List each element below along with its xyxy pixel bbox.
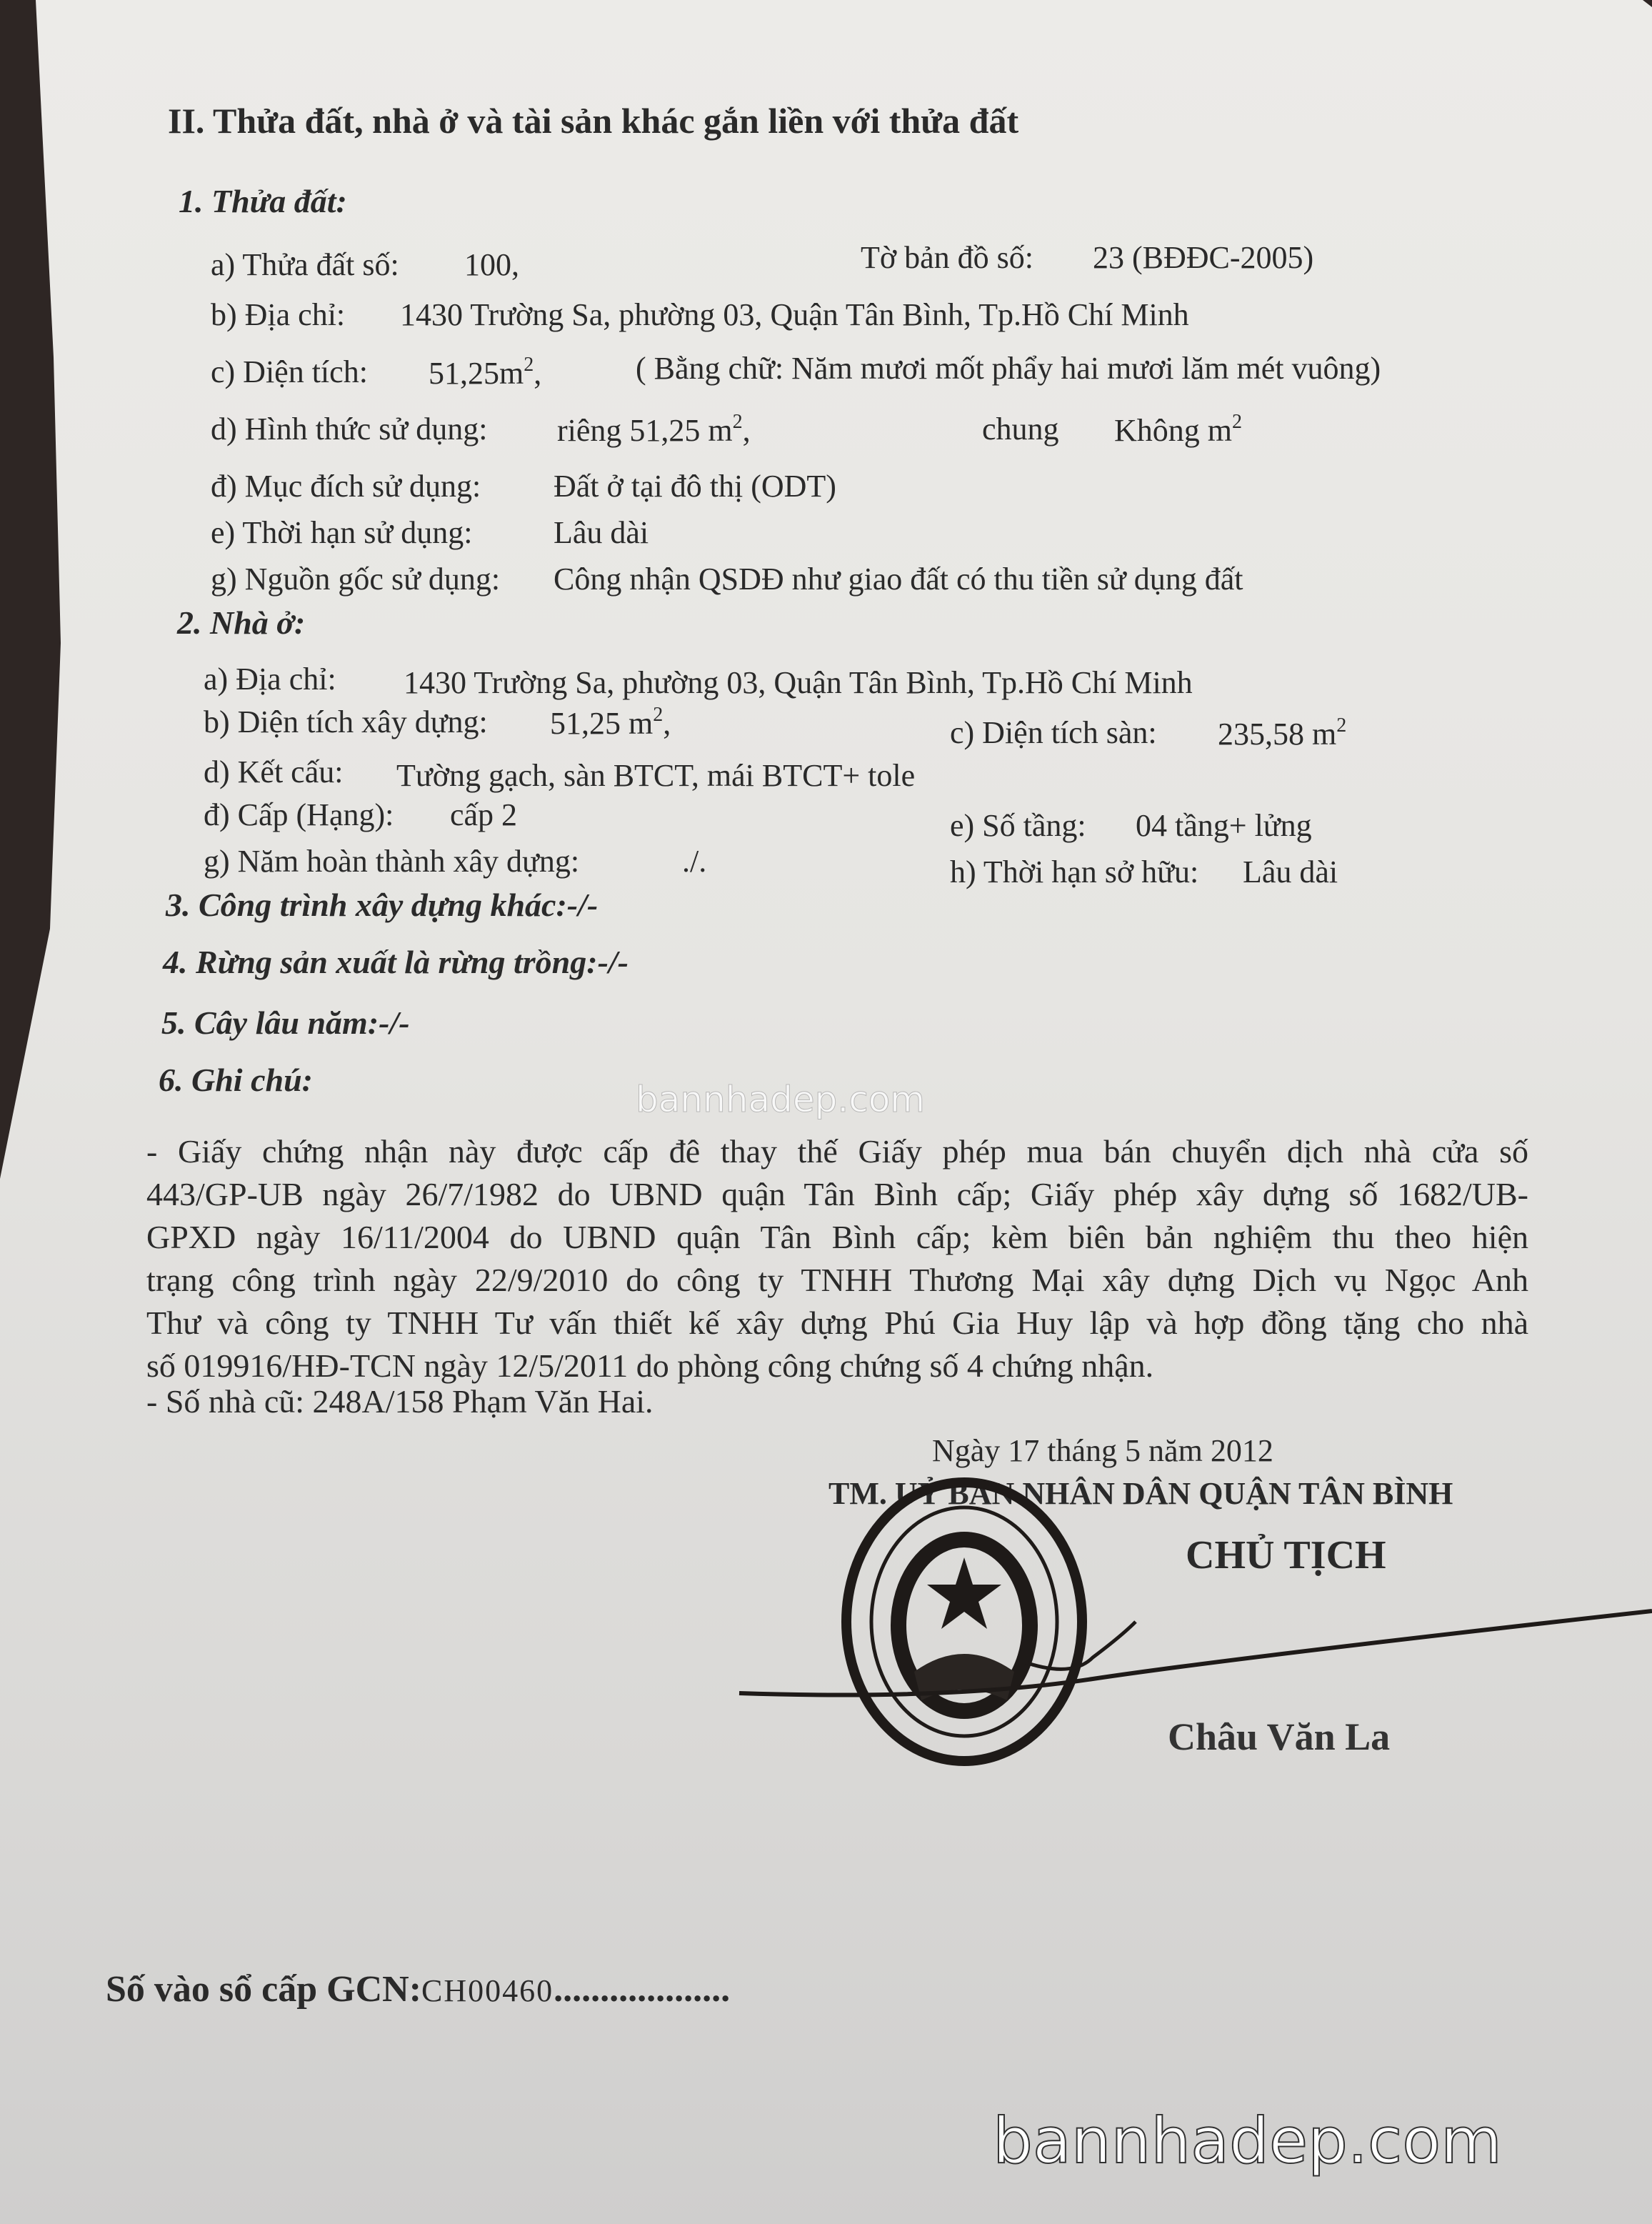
usage-shared-value: Không m2 [1114,411,1242,449]
perennial-heading: 5. Cây lâu năm:-/- [161,1004,410,1042]
house-heading: 2. Nhà ở: [177,604,305,642]
floor-area-label: c) Diện tích sàn: [950,714,1157,751]
structure-value: Tường gạch, sàn BTCT, mái BTCT+ tole [396,757,915,794]
watermark-bottom: bannhadep.com [993,2104,1502,2178]
usage-purpose-value: Đất ở tại đô thị (ODT) [554,468,836,504]
usage-term-value: Lâu dài [554,514,649,551]
usage-term-label: e) Thời hạn sử dụng: [211,514,472,551]
floors-label: e) Số tầng: [950,807,1086,844]
ownership-term-label: h) Thời hạn sở hữu: [950,854,1198,890]
house-address-label: a) Địa chỉ: [204,661,336,697]
completion-year-label: g) Năm hoàn thành xây dựng: [204,843,579,879]
parcel-number-label: a) Thửa đất số: [211,246,399,283]
certificate-page: II. Thửa đất, nhà ở và tài sản khác gắn … [0,0,1652,2224]
signer-title: CHỦ TỊCH [1186,1532,1386,1578]
grade-value: cấp 2 [450,797,517,833]
signer-name: Châu Văn La [1168,1715,1390,1759]
building-area-label: b) Diện tích xây dựng: [204,704,488,740]
registry-value: CH00460 [421,1973,554,2008]
notes-line: - Số nhà cũ: 248A/158 Phạm Văn Hai. [146,1382,1528,1420]
notes-line: 443/GP-UB ngày 26/7/1982 do UBND quận Tâ… [146,1175,1528,1213]
section-title: II. Thửa đất, nhà ở và tài sản khác gắn … [168,100,1018,141]
floors-value: 04 tầng+ lửng [1136,807,1312,844]
completion-year-value: ./. [682,843,706,879]
usage-private-value: riêng 51,25 m2, [557,411,751,449]
notes-line: GPXD ngày 16/11/2004 do UBND quận Tân Bì… [146,1218,1528,1256]
map-sheet-value: 23 (BĐĐC-2005) [1093,239,1313,276]
land-address-value: 1430 Trường Sa, phường 03, Quận Tân Bình… [400,296,1189,333]
map-sheet-label: Tờ bản đồ số: [861,239,1033,276]
floor-area-value: 235,58 m2 [1218,714,1346,752]
registry-field: Số vào sổ cấp GCN:CH00460...............… [106,1968,730,2010]
parcel-number-value: 100, [464,246,519,283]
notes-line: Thư và công ty TNHH Tư vấn thiết kế xây … [146,1304,1528,1342]
watermark-middle: bannhadep.com [636,1079,925,1120]
building-area-value: 51,25 m2, [550,704,671,742]
structure-label: d) Kết cấu: [204,754,343,790]
issue-date: Ngày 17 tháng 5 năm 2012 [932,1432,1273,1469]
notes-line: - Giấy chứng nhận này được cấp đê thay t… [146,1132,1528,1170]
usage-form-label: d) Hình thức sử dụng: [211,411,487,447]
usage-shared-label: chung [982,411,1059,447]
usage-purpose-label: đ) Mục đích sử dụng: [211,468,481,504]
handwritten-signature-icon [736,1593,1652,1722]
land-area-words: ( Bằng chữ: Năm mươi mốt phẩy hai mươi l… [636,350,1381,387]
registry-dots: ................... [554,1969,730,2010]
ownership-term-value: Lâu dài [1243,854,1338,890]
notes-line: số 019916/HĐ-TCN ngày 12/5/2011 do phòng… [146,1347,1528,1385]
usage-origin-value: Công nhận QSDĐ như giao đất có thu tiền … [554,561,1243,597]
other-works-heading: 3. Công trình xây dựng khác:-/- [166,886,598,924]
land-area-label: c) Diện tích: [211,354,368,390]
house-address-value: 1430 Trường Sa, phường 03, Quận Tân Bình… [404,664,1193,701]
grade-label: đ) Cấp (Hạng): [204,797,394,833]
usage-origin-label: g) Nguồn gốc sử dụng: [211,561,500,597]
land-area-value: 51,25m2, [429,354,541,392]
forest-heading: 4. Rừng sản xuất là rừng trồng:-/- [163,943,629,981]
land-address-label: b) Địa chỉ: [211,296,345,333]
registry-label: Số vào sổ cấp GCN: [106,1969,421,2010]
land-heading: 1. Thửa đất: [179,182,347,220]
notes-heading: 6. Ghi chú: [159,1061,313,1099]
notes-line: trạng công trình ngày 22/9/2010 do công … [146,1261,1528,1299]
